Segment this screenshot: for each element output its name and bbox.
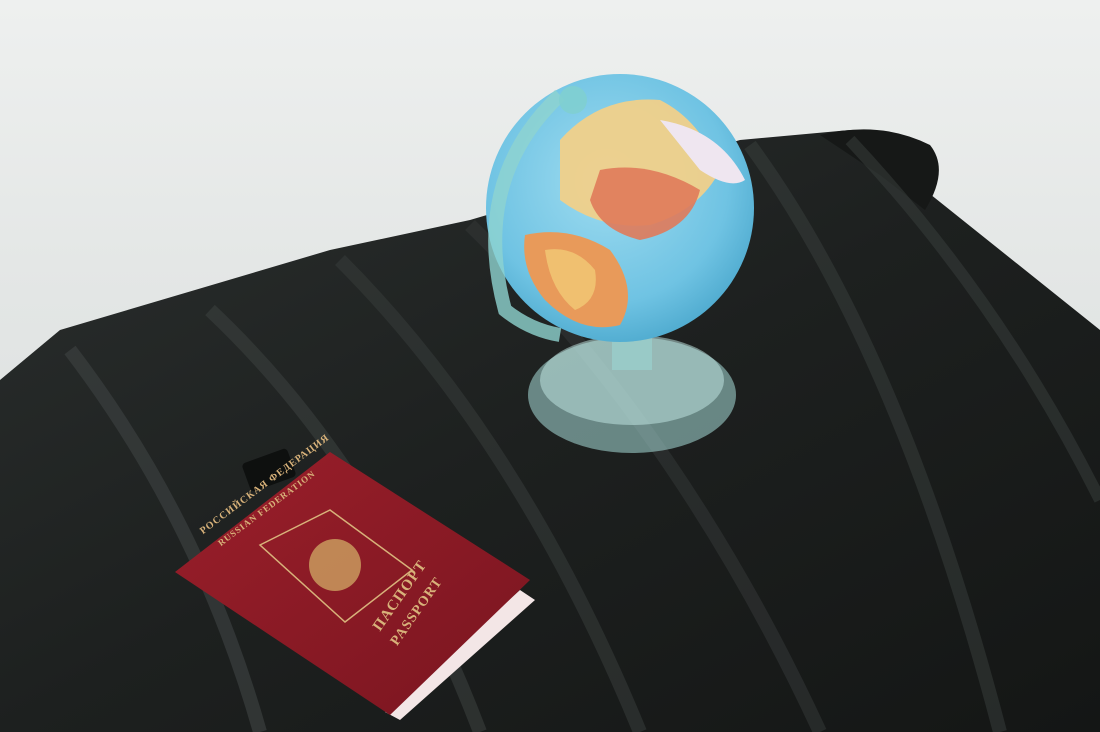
photo-scene bbox=[0, 0, 1100, 732]
coat-of-arms-emblem bbox=[309, 539, 361, 591]
